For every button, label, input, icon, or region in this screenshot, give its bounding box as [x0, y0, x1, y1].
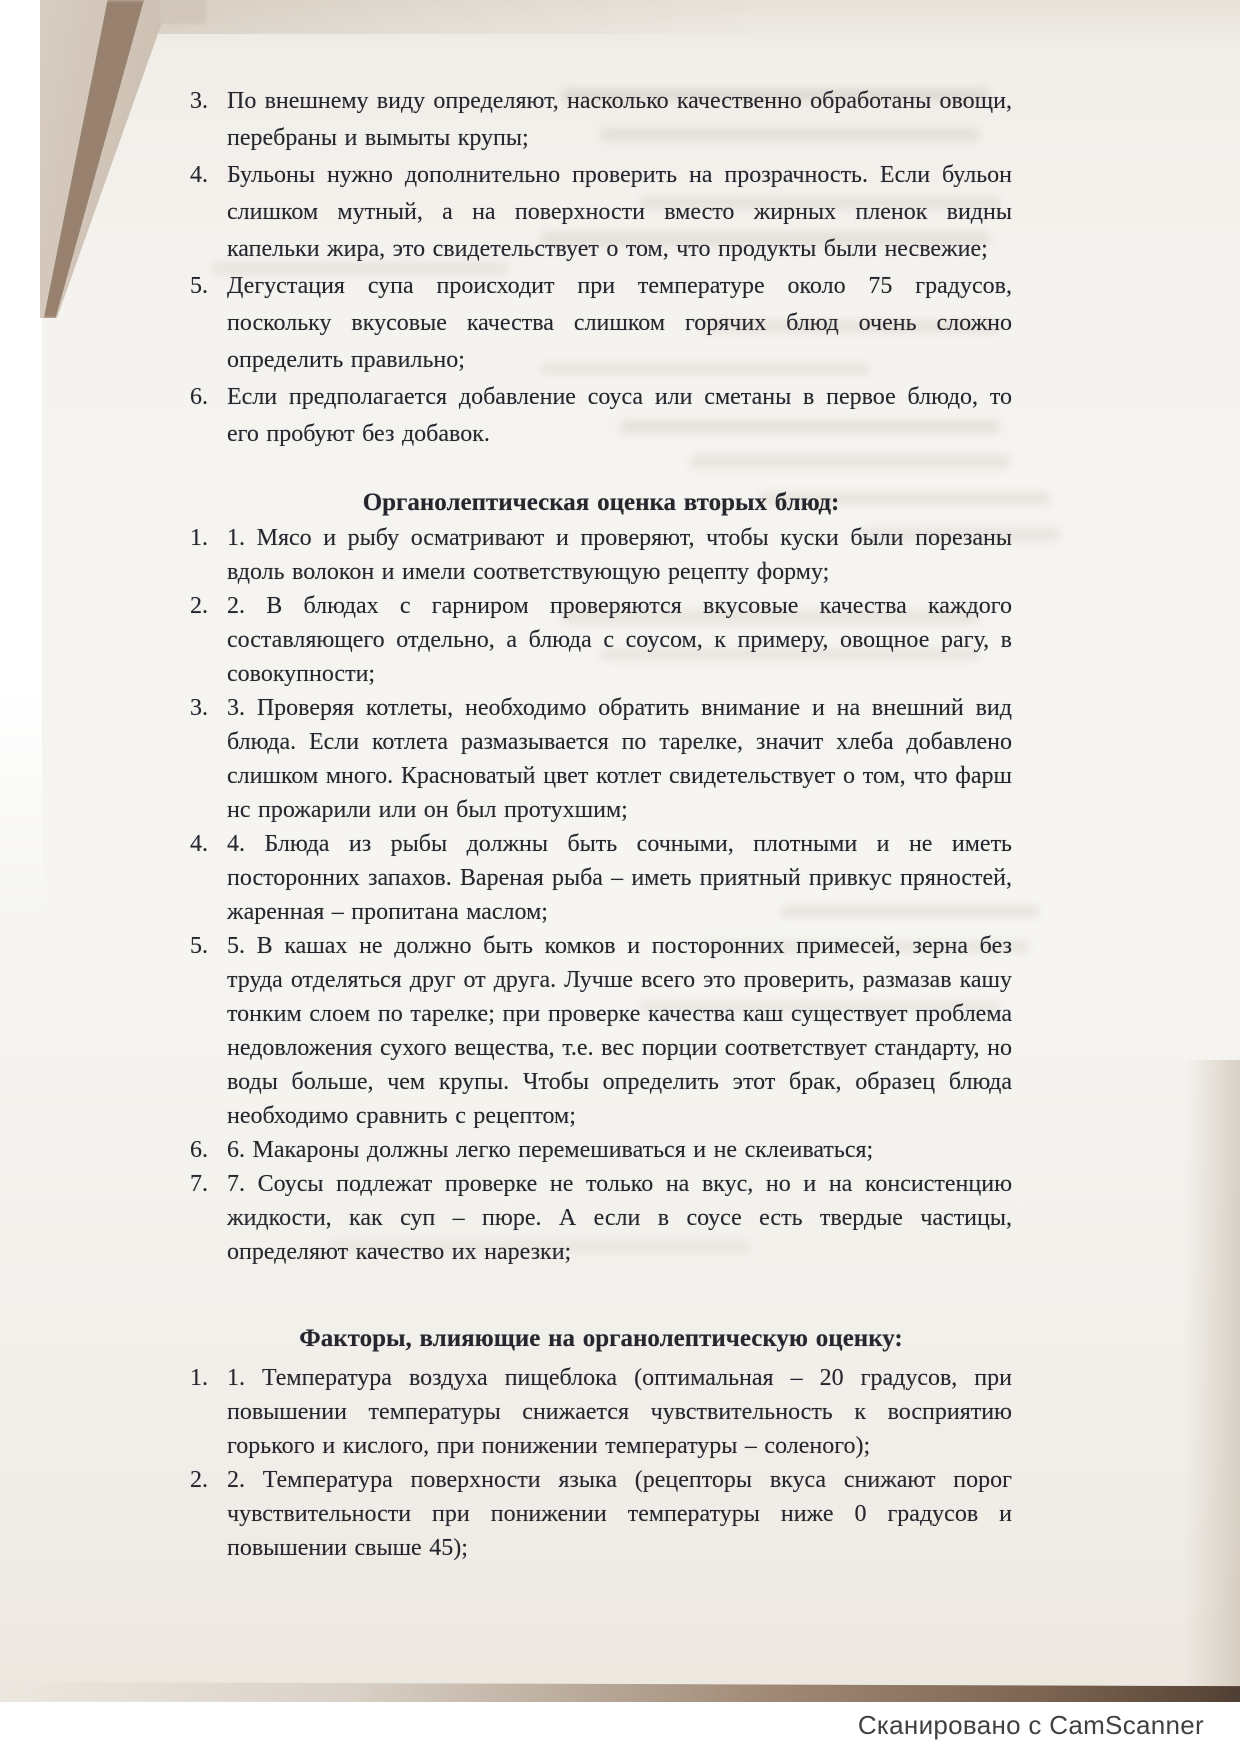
list-item: 6. Макароны должны легко перемешиваться … [190, 1133, 1012, 1167]
list-item: 7. Соусы подлежат проверке не только на … [190, 1167, 1012, 1269]
list-item: 5. В кашах не должно быть комков и посто… [190, 929, 1012, 1133]
document-text: По внешнему виду определяют, насколько к… [190, 83, 1012, 1565]
right-edge-shadow [1184, 1060, 1240, 1706]
list-item: 3. Проверяя котлеты, необходимо обратить… [190, 691, 1012, 827]
list-item: 2. В блюдах с гарниром проверяются вкусо… [190, 589, 1012, 691]
list-item: 1. Мясо и рыбу осматривают и проверяют, … [190, 521, 1012, 589]
list-item: По внешнему виду определяют, насколько к… [190, 83, 1012, 157]
list-item: 4. Блюда из рыбы должны быть сочными, пл… [190, 827, 1012, 929]
list-item: 1. Температура воздуха пищеблока (оптима… [190, 1361, 1012, 1463]
scanned-document-page: По внешнему виду определяют, насколько к… [0, 0, 1240, 1755]
list-item: Если предполагается добавление соуса или… [190, 379, 1012, 453]
camscanner-footer: Сканировано с CamScanner [0, 1702, 1240, 1755]
camscanner-watermark: Сканировано с CamScanner [858, 1710, 1204, 1741]
second-course-evaluation-list: 1. Мясо и рыбу осматривают и проверяют, … [190, 521, 1012, 1269]
factors-list: 1. Температура воздуха пищеблока (оптима… [190, 1361, 1012, 1565]
section-heading-factors: Факторы, влияющие на органолептическую о… [190, 1321, 1012, 1357]
first-course-evaluation-list: По внешнему виду определяют, насколько к… [190, 83, 1012, 453]
list-item: Дегустация супа происходит при температу… [190, 268, 1012, 379]
page-corner-notch [160, 0, 206, 24]
list-item: 2. Температура поверхности языка (рецепт… [190, 1463, 1012, 1565]
list-item: Бульоны нужно дополнительно проверить на… [190, 157, 1012, 268]
left-page-margin [0, 0, 42, 920]
section-heading-second-courses: Органолептическая оценка вторых блюд: [190, 485, 1012, 521]
